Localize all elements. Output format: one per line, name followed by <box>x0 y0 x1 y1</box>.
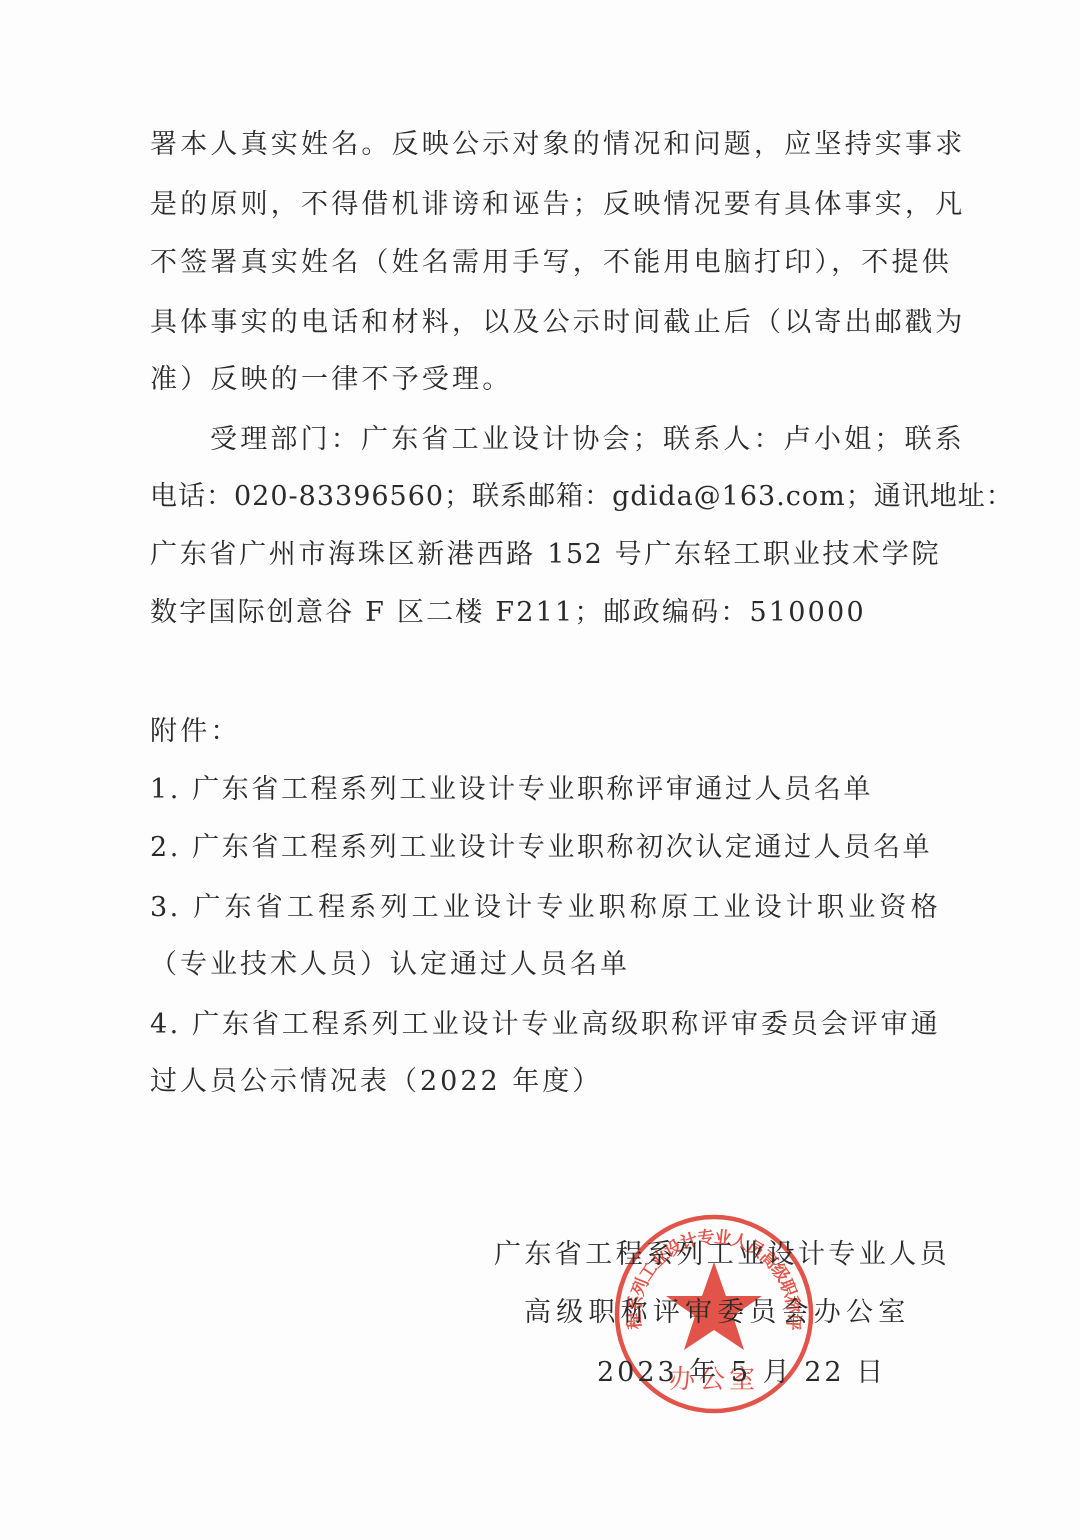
contact-line-3: 广东省广州市海珠区新港西路 152 号广东轻工职业技术学院 <box>150 535 940 575</box>
attachment-item-3-cont: （专业技术人员）认定通过人员名单 <box>150 945 630 985</box>
contact-line-1: 受理部门：广东省工业设计协会；联系人：卢小姐；联系 <box>210 420 940 460</box>
contact-line-4: 数字国际创意谷 F 区二楼 F211；邮政编码：510000 <box>150 593 866 633</box>
attachment-item-3: 3. 广东省工程系列工业设计专业职称原工业设计职业资格 <box>150 888 940 928</box>
attachment-item-2: 2. 广东省工程系列工业设计专业职称初次认定通过人员名单 <box>150 828 932 868</box>
attachment-item-4-cont: 过人员公示情况表（2022 年度） <box>150 1062 602 1102</box>
attachments-heading: 附件： <box>150 712 241 752</box>
signature-org-line-1: 广东省工程系列工业设计专业人员 <box>494 1235 950 1275</box>
paragraph-1-line-3: 不签署真实姓名（姓名需用手写，不能用电脑打印），不提供 <box>150 243 940 283</box>
signature-org-line-2: 高级职称评审委员会办公室 <box>524 1293 910 1333</box>
paragraph-1-line-1: 署本人真实姓名。反映公示对象的情况和问题，应坚持实事求 <box>150 125 940 165</box>
paragraph-1-line-5: 准）反映的一律不予受理。 <box>150 360 512 400</box>
attachment-item-4: 4. 广东省工程系列工业设计专业高级职称评审委员会评审通 <box>150 1005 940 1045</box>
document-page: 署本人真实姓名。反映公示对象的情况和问题，应坚持实事求 是的原则，不得借机诽谤和… <box>0 0 1080 1540</box>
paragraph-1-line-2: 是的原则，不得借机诽谤和诬告；反映情况要有具体事实，凡 <box>150 185 940 225</box>
attachment-item-1: 1. 广东省工程系列工业设计专业职称评审通过人员名单 <box>150 770 873 810</box>
paragraph-1-line-4: 具体事实的电话和材料，以及公示时间截止后（以寄出邮戳为 <box>150 303 940 343</box>
signature-date: 2023 年 5 月 22 日 <box>597 1353 886 1393</box>
contact-line-2: 电话：020-83396560；联系邮箱：gdida@163.com；通讯地址： <box>150 477 940 517</box>
